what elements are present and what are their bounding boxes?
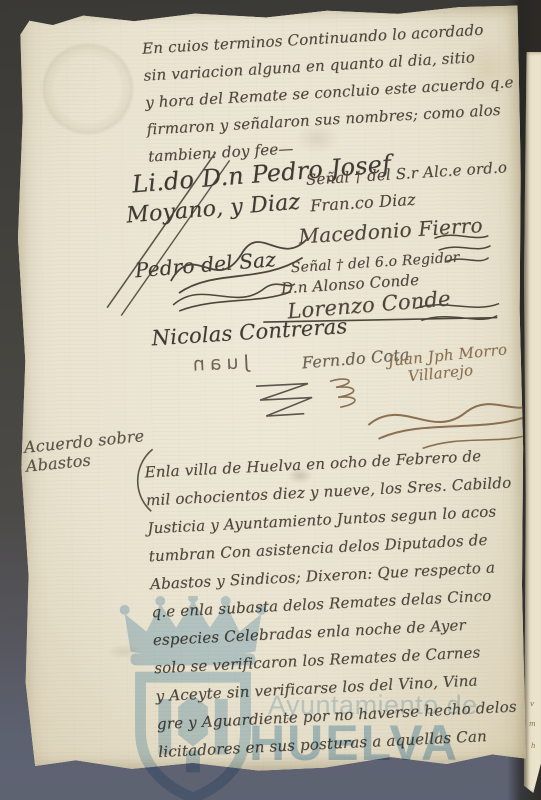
signature-contreras: Nicolas Contreras (151, 314, 348, 350)
photographed-manuscript: v m h En cuios terminos Continuando lo a… (0, 0, 541, 800)
ink-fragment: h (531, 742, 536, 751)
embossed-seal (42, 43, 133, 134)
adjacent-page-edge: v m h (524, 52, 541, 793)
ink-fragment: m (529, 720, 536, 729)
closing-paragraph: En cuios terminos Continuando lo acordad… (141, 15, 517, 170)
rubric-flourish (322, 373, 366, 419)
signature-diaz: Fran.co Diaz (310, 190, 417, 216)
ink-fragment: v (530, 700, 534, 709)
signature-juan-mark: Juan (187, 351, 249, 376)
paper-stain (107, 643, 141, 659)
rubric-flourish (169, 274, 299, 317)
margin-note: Acuerdo sobre Abastos (23, 426, 147, 476)
rubric-flourish (413, 296, 503, 335)
rubric-flourish (246, 377, 323, 430)
acta-paragraph: Enla villa de Huelva en ocho de Febrero … (144, 441, 524, 766)
rubric-flourish (430, 228, 494, 273)
manuscript-page: En cuios terminos Continuando lo acordad… (12, 3, 528, 774)
